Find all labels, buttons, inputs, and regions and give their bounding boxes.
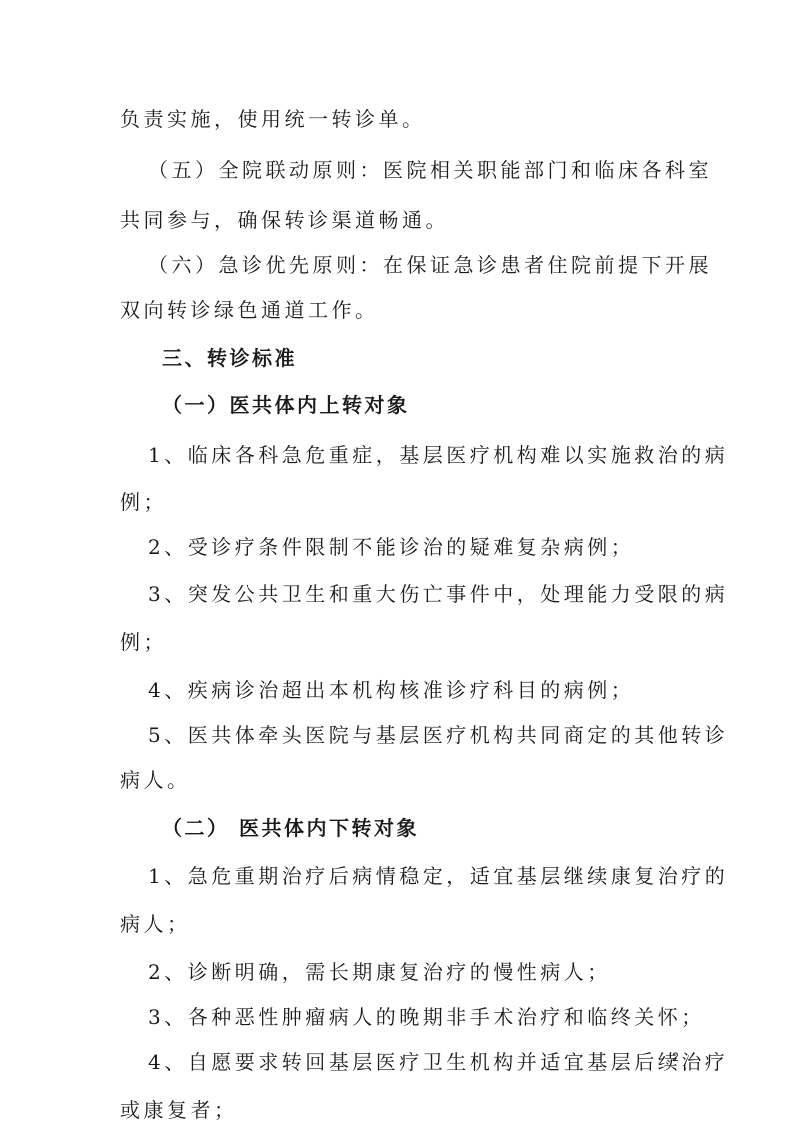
list-item-continuation: 例；: [120, 630, 167, 654]
principle-six: （六）急诊优先原则：在保证急诊患者住院前提下开展: [148, 253, 712, 277]
body-text-line: 共同参与，确保转诊渠道畅通。: [120, 208, 449, 232]
list-item-continuation: 例；: [120, 490, 167, 514]
list-item: 4、疾病诊治超出本机构核准诊疗科目的病例；: [148, 678, 634, 702]
page-number: 2: [672, 1050, 679, 1064]
body-text-line: 双向转诊绿色通道工作。: [120, 298, 379, 322]
list-item-continuation: 病人；: [120, 912, 191, 936]
list-item-continuation: 或康复者；: [120, 1098, 238, 1122]
list-item: 5、医共体牵头医院与基层医疗机构共同商定的其他转诊: [148, 723, 728, 747]
list-item: 1、急危重期治疗后病情稳定，适宜基层继续康复治疗的: [148, 864, 728, 888]
list-item: 3、突发公共卫生和重大伤亡事件中，处理能力受限的病: [148, 582, 728, 606]
list-item: 2、诊断明确，需长期康复治疗的慢性病人；: [148, 960, 611, 984]
document-page: 负责实施，使用统一转诊单。 （五）全院联动原则：医院相关职能部门和临床各科室 共…: [0, 0, 800, 1132]
section-heading-referral-standards: 三、转诊标准: [162, 346, 297, 370]
list-item: 2、受诊疗条件限制不能诊治的疑难复杂病例；: [148, 535, 634, 559]
subsection-heading-upward-referral: （一）医共体内上转对象: [162, 393, 410, 417]
body-text-line: 负责实施，使用统一转诊单。: [120, 107, 426, 131]
list-item: 4、自愿要求转回基层医疗卫生机构并适宜基层后续治疗: [148, 1050, 728, 1074]
list-item: 1、临床各科急危重症，基层医疗机构难以实施救治的病: [148, 443, 728, 467]
list-item: 3、各种恶性肿瘤病人的晚期非手术治疗和临终关怀；: [148, 1005, 705, 1029]
principle-five: （五）全院联动原则：医院相关职能部门和临床各科室: [148, 158, 712, 182]
list-item-continuation: 病人。: [120, 768, 191, 792]
subsection-heading-downward-referral: （二） 医共体内下转对象: [162, 816, 419, 840]
